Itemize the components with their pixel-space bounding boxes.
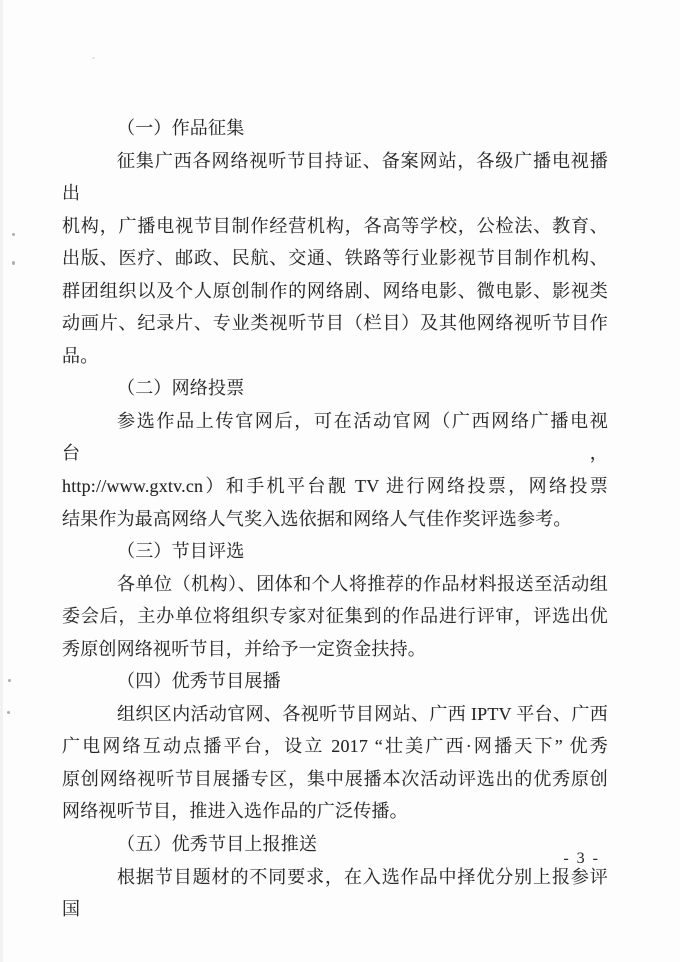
text-line: http://www.gxtv.cn）和手机平台靓 TV 进行网络投票，网络投票 — [62, 470, 608, 503]
section-work-collection: （一）作品征集 征集广西各网络视听节目持证、备案网站，各级广播电视播出 机构，广… — [62, 112, 608, 372]
text-line: 组织区内活动官网、各视听节目网站、广西 IPTV 平台、广西 — [62, 698, 608, 731]
section-program-selection: （三）节目评选 各单位（机构）、团体和个人将推荐的作品材料报送至活动组 委会后，… — [62, 535, 608, 665]
document-body: （一）作品征集 征集广西各网络视听节目持证、备案网站，各级广播电视播出 机构，广… — [62, 112, 608, 926]
text-line: 根据节目题材的不同要求，在入选作品中择优分别上报参评国 — [62, 861, 608, 926]
section-heading: （二）网络投票 — [62, 372, 608, 405]
text-line: 网络视听节目，推进入选作品的广泛传播。 — [62, 795, 608, 828]
section-program-submission: （五）优秀节目上报推送 根据节目题材的不同要求，在入选作品中择优分别上报参评国 — [62, 828, 608, 926]
section-online-voting: （二）网络投票 参选作品上传官网后，可在活动官网（广西网络广播电视台， http… — [62, 372, 608, 535]
text-line: 原创网络视听节目展播专区，集中展播本次活动评选出的优秀原创 — [62, 763, 608, 796]
scan-speck — [8, 679, 11, 682]
text-line: 广电网络互动点播平台，设立 2017 “壮美广西·网播天下” 优秀 — [62, 730, 608, 763]
text-line: 参选作品上传官网后，可在活动官网（广西网络广播电视台， — [62, 405, 608, 470]
text-line: 出版、医疗、邮政、民航、交通、铁路等行业影视节目制作机构、 — [62, 242, 608, 275]
text-line: 结果作为最高网络人气奖入选依据和网络人气佳作奖评选参考。 — [62, 503, 608, 536]
text-line: 征集广西各网络视听节目持证、备案网站，各级广播电视播出 — [62, 145, 608, 210]
text-line: 秀原创网络视听节目，并给予一定资金扶持。 — [62, 633, 608, 666]
section-heading: （四）优秀节目展播 — [62, 665, 608, 698]
text-line: 委会后，主办单位将组织专家对征集到的作品进行评审，评选出优 — [62, 600, 608, 633]
section-heading: （三）节目评选 — [62, 535, 608, 568]
text-line: 群团组织以及个人原创制作的网络剧、网络电影、微电影、影视类 — [62, 275, 608, 308]
section-program-showcase: （四）优秀节目展播 组织区内活动官网、各视听节目网站、广西 IPTV 平台、广西… — [62, 665, 608, 828]
scan-speck — [92, 57, 95, 59]
section-heading: （五）优秀节目上报推送 — [62, 828, 608, 861]
text-line: 动画片、纪录片、专业类视听节目（栏目）及其他网络视听节目作 — [62, 307, 608, 340]
scan-edge-shadow — [0, 0, 3, 962]
text-line: 机构，广播电视节目制作经营机构，各高等学校，公检法、教育、 — [62, 210, 608, 243]
text-line: 品。 — [62, 340, 608, 373]
page-number: - 3 - — [563, 850, 600, 868]
scan-speck — [7, 711, 10, 714]
scan-speck — [12, 261, 15, 265]
document-page: （一）作品征集 征集广西各网络视听节目持证、备案网站，各级广播电视播出 机构，广… — [0, 0, 680, 962]
section-heading: （一）作品征集 — [62, 112, 608, 145]
text-line: 各单位（机构）、团体和个人将推荐的作品材料报送至活动组 — [62, 568, 608, 601]
scan-speck — [12, 233, 15, 236]
